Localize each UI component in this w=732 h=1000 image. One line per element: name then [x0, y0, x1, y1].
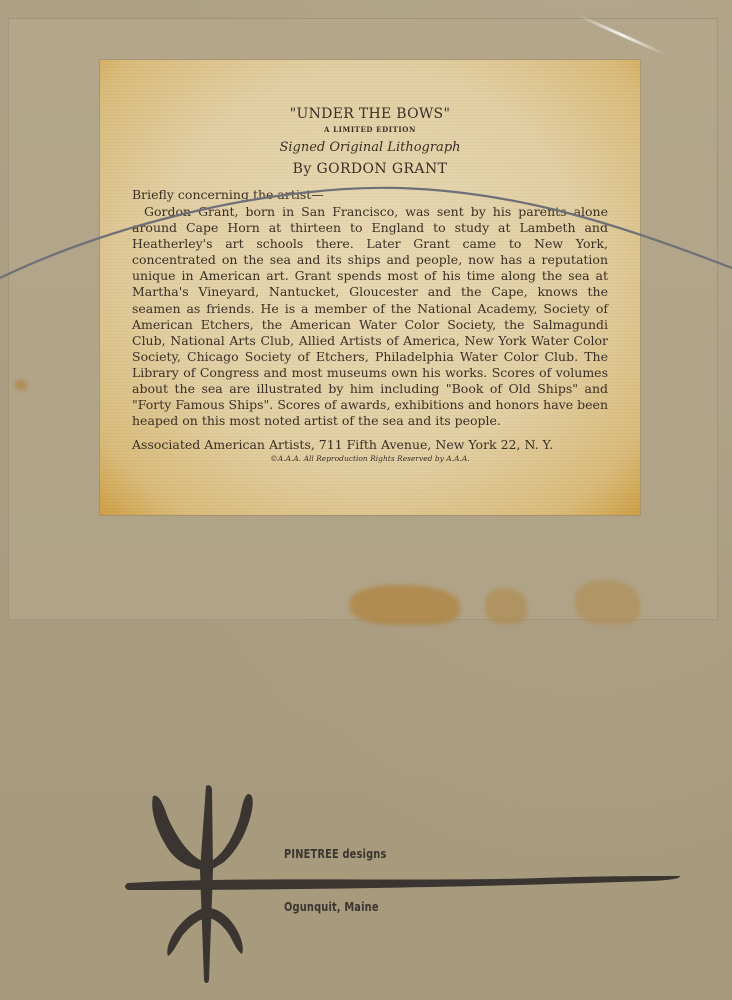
company-location: Ogunquit, Maine [284, 900, 379, 914]
water-stain [350, 585, 460, 625]
artwork-title: "UNDER THE BOWS" [132, 106, 608, 122]
bio-intro: Briefly concerning the artist— [132, 187, 608, 202]
artist-bio: Gordon Grant, born in San Francisco, was… [132, 204, 608, 429]
publisher-address: Associated American Artists, 711 Fifth A… [132, 437, 608, 452]
artist-byline: By GORDON GRANT [132, 161, 608, 177]
copyright-notice: ©A.A.A. All Reproduction Rights Reserved… [132, 454, 608, 463]
artist-label: "UNDER THE BOWS" A LIMITED EDITION Signe… [100, 60, 640, 515]
edition-label: A LIMITED EDITION [132, 125, 608, 134]
water-stain [575, 580, 640, 625]
pinetree-trident-icon [120, 770, 700, 990]
company-name: PINETREE designs [284, 847, 386, 861]
pinetree-designs-stamp: PINETREE designs Ogunquit, Maine [120, 770, 700, 990]
water-stain [485, 588, 527, 624]
water-stain [15, 380, 27, 390]
artwork-type: Signed Original Lithograph [132, 140, 608, 155]
